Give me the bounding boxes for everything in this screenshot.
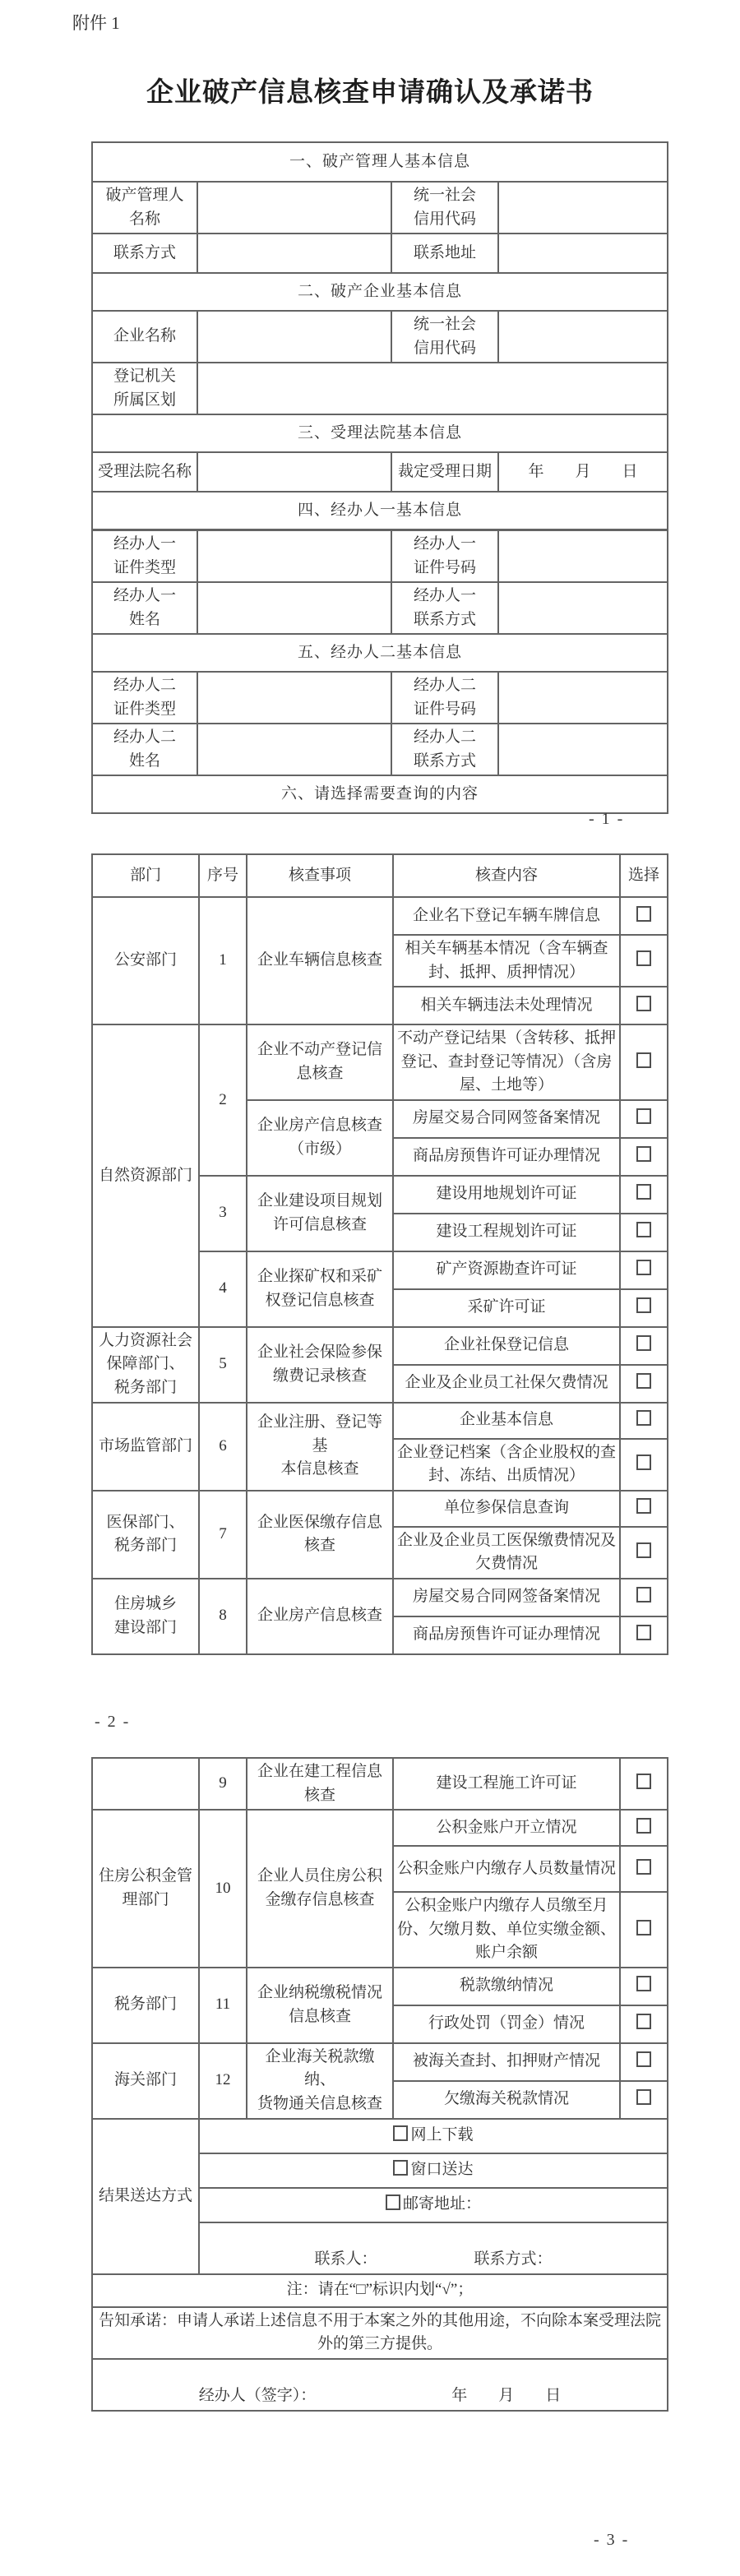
select-checkbox[interactable] (636, 1774, 651, 1789)
page-number-1: - 1 - (589, 810, 624, 829)
item-cell: 企业人员住房公积 金缴存信息核查 (247, 1810, 393, 1968)
select-cell (620, 1846, 668, 1892)
section-header-6: 六、请选择需要查询的内容 (92, 775, 668, 813)
seq-cell: 3 (199, 1176, 247, 1251)
select-checkbox[interactable] (636, 1373, 651, 1389)
field-label-op1-name: 经办人一 姓名 (92, 582, 197, 634)
dept-cell: 住房公积金管 理部门 (92, 1810, 199, 1968)
field-label-op1-cert-no: 经办人一 证件号码 (391, 530, 498, 582)
select-checkbox[interactable] (636, 1184, 651, 1200)
dept-cell: 住房城乡 建设部门 (92, 1579, 199, 1654)
seq-cell: 9 (199, 1758, 247, 1810)
signature-label[interactable]: 经办人（签字）： (199, 2387, 317, 2404)
attachment-label: 附件 1 (72, 10, 120, 35)
select-cell (620, 897, 668, 935)
check-table-page3: 9 企业在建工程信息 核查 建设工程施工许可证 住房公积金管 理部门 10 企业… (91, 1757, 668, 2412)
seq-cell: 5 (199, 1327, 247, 1403)
field-label-accept-date: 裁定受理日期 (391, 452, 498, 492)
delivery-option-mail: 邮寄地址： (199, 2188, 668, 2222)
select-cell (620, 1968, 668, 2005)
delivery-option-window: 窗口送达 (199, 2153, 668, 2188)
section-header-2: 二、破产企业基本信息 (92, 273, 668, 311)
content-cell: 企业登记档案（含企业股权的查封、冻结、出质情况） (393, 1439, 620, 1491)
field-label-ent-name: 企业名称 (92, 311, 197, 363)
select-checkbox[interactable] (636, 1410, 651, 1426)
dept-cell: 人力资源社会 保障部门、 税务部门 (92, 1327, 199, 1403)
op1-cert-no-value-cell[interactable] (498, 530, 668, 582)
select-checkbox[interactable] (636, 1260, 651, 1275)
seq-cell: 11 (199, 1968, 247, 2043)
signature-date[interactable]: 年 月 日 (451, 2387, 561, 2404)
content-cell: 房屋交易合同网签备案情况 (393, 1100, 620, 1138)
content-cell: 矿产资源勘查许可证 (393, 1251, 620, 1289)
content-cell: 税款缴纳情况 (393, 1968, 620, 2005)
seq-cell: 6 (199, 1403, 247, 1491)
select-cell (620, 1024, 668, 1100)
page-number-2: - 2 - (95, 1713, 130, 1732)
info-table: 一、破产管理人基本信息 破产管理人 名称 统一社会 信用代码 联系方式 联系地址… (91, 141, 668, 530)
field-label-ent-uscc: 统一社会 信用代码 (391, 311, 498, 363)
section-header-1: 一、破产管理人基本信息 (92, 142, 668, 182)
content-cell: 相关车辆违法未处理情况 (393, 987, 620, 1024)
select-checkbox[interactable] (636, 1542, 651, 1558)
content-cell: 欠缴海关税款情况 (393, 2081, 620, 2119)
select-checkbox[interactable] (636, 950, 651, 966)
select-checkbox[interactable] (636, 906, 651, 922)
select-cell (620, 987, 668, 1024)
seq-cell: 8 (199, 1579, 247, 1654)
note-row: 注：请在“□”标识内划“√”； (92, 2274, 668, 2307)
col-header-content: 核查内容 (393, 854, 620, 897)
select-checkbox[interactable] (636, 1498, 651, 1514)
content-cell: 采矿许可证 (393, 1289, 620, 1327)
delivery-contact-row: 联系人：联系方式： (199, 2222, 668, 2274)
contact-addr-value-cell[interactable] (498, 234, 668, 273)
item-cell: 企业社会保险参保 缴费记录核查 (247, 1327, 393, 1403)
content-cell: 企业及企业员工社保欠费情况 (393, 1365, 620, 1403)
col-header-item: 核查事项 (247, 854, 393, 897)
select-checkbox[interactable] (636, 1920, 651, 1935)
select-cell (620, 1365, 668, 1403)
seq-cell: 2 (199, 1024, 247, 1176)
content-cell: 单位参保信息查询 (393, 1491, 620, 1527)
field-label-manager-name: 破产管理人 名称 (92, 182, 197, 234)
delivery-checkbox[interactable] (393, 2125, 408, 2141)
item-cell: 企业房产信息核查 (247, 1579, 393, 1654)
content-cell: 公积金账户内缴存人员数量情况 (393, 1846, 620, 1892)
delivery-option-label: 网上下载 (410, 2126, 473, 2144)
content-cell: 建设用地规划许可证 (393, 1176, 620, 1214)
item-cell: 企业车辆信息核查 (247, 897, 393, 1024)
signature-row: 经办人（签字）：年 月 日 (92, 2359, 668, 2411)
op2-cert-no-value-cell[interactable] (498, 672, 668, 724)
select-cell (620, 1138, 668, 1176)
content-cell: 企业及企业员工医保缴费情况及欠费情况 (393, 1527, 620, 1579)
contact-way-label: 联系方式： (474, 2250, 553, 2268)
content-cell: 企业名下登记车辆车牌信息 (393, 897, 620, 935)
select-checkbox[interactable] (636, 2089, 651, 2105)
uscc-value-cell[interactable] (498, 182, 668, 234)
check-table-page2: 部门 序号 核查事项 核查内容 选择 公安部门 1 企业车辆信息核查 企业名下登… (91, 853, 668, 1655)
page-number-3: - 3 - (594, 2531, 629, 2550)
select-checkbox[interactable] (636, 1222, 651, 1237)
item-cell: 企业不动产登记信 息核查 (247, 1024, 393, 1100)
select-cell (620, 1616, 668, 1654)
select-checkbox[interactable] (636, 1146, 651, 1162)
select-checkbox[interactable] (636, 2014, 651, 2029)
court-name-value-cell[interactable] (197, 452, 391, 492)
content-cell: 商品房预售许可证办理情况 (393, 1616, 620, 1654)
seq-cell: 7 (199, 1491, 247, 1579)
field-label-op2-cert-type: 经办人二 证件类型 (92, 672, 197, 724)
contact-person-label: 联系人： (314, 2250, 377, 2268)
delivery-option-online: 网上下载 (199, 2119, 668, 2153)
field-label-court-name: 受理法院名称 (92, 452, 197, 492)
item-cell: 企业医保缴存信息 核查 (247, 1491, 393, 1579)
select-cell (620, 1758, 668, 1810)
op2-contact-value-cell[interactable] (498, 724, 668, 775)
dept-cell: 自然资源部门 (92, 1024, 199, 1327)
seq-cell: 10 (199, 1810, 247, 1968)
content-cell: 企业社保登记信息 (393, 1327, 620, 1365)
select-checkbox[interactable] (636, 2051, 651, 2067)
select-cell (620, 2081, 668, 2119)
delivery-checkbox[interactable] (393, 2160, 408, 2176)
content-cell: 被海关查封、扣押财产情况 (393, 2043, 620, 2081)
select-cell (620, 1214, 668, 1251)
field-label-contact: 联系方式 (92, 234, 197, 273)
select-cell (620, 1527, 668, 1579)
dept-cell: 医保部门、 税务部门 (92, 1491, 199, 1579)
seq-cell: 12 (199, 2043, 247, 2119)
select-checkbox[interactable] (636, 1297, 651, 1313)
document-page: 附件 1 企业破产信息核查申请确认及承诺书 一、破产管理人基本信息 破产管理人 … (0, 0, 740, 2576)
select-cell (620, 1491, 668, 1527)
delivery-checkbox[interactable] (386, 2194, 400, 2210)
content-cell: 不动产登记结果（含转移、抵押登记、查封登记等情况）（含房屋、土地等） (393, 1024, 620, 1100)
item-cell: 企业在建工程信息 核查 (247, 1758, 393, 1810)
select-checkbox[interactable] (636, 1108, 651, 1124)
accept-date-value-cell[interactable]: 年 月 日 (498, 452, 668, 492)
col-header-dept: 部门 (92, 854, 199, 897)
item-cell: 企业海关税款缴纳、 货物通关信息核查 (247, 2043, 393, 2119)
dept-cell: 海关部门 (92, 2043, 199, 2119)
content-cell: 房屋交易合同网签备案情况 (393, 1579, 620, 1616)
section-header-5: 五、经办人二基本信息 (92, 634, 668, 672)
dept-cell: 公安部门 (92, 897, 199, 1024)
dept-cell: 税务部门 (92, 1968, 199, 2043)
select-checkbox[interactable] (636, 1454, 651, 1470)
select-checkbox[interactable] (636, 1859, 651, 1875)
field-label-op2-name: 经办人二 姓名 (92, 724, 197, 775)
contact-value-cell[interactable] (197, 234, 391, 273)
info-table-operators: 经办人一 证件类型 经办人一 证件号码 经办人一 姓名 经办人一 联系方式 五、… (91, 530, 668, 814)
promise-row: 告知承诺：申请人承诺上述信息不用于本案之外的其他用途，不向除本案受理法院外的第三… (92, 2307, 668, 2359)
field-label-op2-cert-no: 经办人二 证件号码 (391, 672, 498, 724)
item-cell: 企业探矿权和采矿 权登记信息核查 (247, 1251, 393, 1327)
select-checkbox[interactable] (636, 1587, 651, 1602)
content-cell: 建设工程规划许可证 (393, 1214, 620, 1251)
item-cell: 企业房产信息核查 （市级） (247, 1100, 393, 1176)
field-label-uscc: 统一社会 信用代码 (391, 182, 498, 234)
select-checkbox[interactable] (636, 1335, 651, 1351)
content-cell: 商品房预售许可证办理情况 (393, 1138, 620, 1176)
op2-cert-type-value-cell[interactable] (197, 672, 391, 724)
select-cell (620, 1289, 668, 1327)
op2-name-value-cell[interactable] (197, 724, 391, 775)
select-cell (620, 2043, 668, 2081)
field-label-op2-contact: 经办人二 联系方式 (391, 724, 498, 775)
select-cell (620, 2005, 668, 2043)
field-label-reg-div: 登记机关 所属区划 (92, 363, 197, 414)
select-cell (620, 1403, 668, 1439)
content-cell: 公积金账户开立情况 (393, 1810, 620, 1846)
item-cell: 企业建设项目规划 许可信息核查 (247, 1176, 393, 1251)
select-cell (620, 1176, 668, 1214)
dept-cell-empty (92, 1758, 199, 1810)
col-header-no: 序号 (199, 854, 247, 897)
select-checkbox[interactable] (636, 1818, 651, 1834)
col-header-select: 选择 (620, 854, 668, 897)
delivery-option-label: 窗口送达 (410, 2161, 473, 2178)
delivery-option-label: 邮寄地址： (403, 2195, 481, 2213)
select-cell (620, 1327, 668, 1365)
select-checkbox[interactable] (636, 996, 651, 1011)
select-cell (620, 1439, 668, 1491)
op1-contact-value-cell[interactable] (498, 582, 668, 634)
ent-name-value-cell[interactable] (197, 311, 391, 363)
section-header-3: 三、受理法院基本信息 (92, 414, 668, 452)
content-cell: 企业基本信息 (393, 1403, 620, 1439)
field-label-contact-addr: 联系地址 (391, 234, 498, 273)
select-cell (620, 1579, 668, 1616)
select-cell (620, 1251, 668, 1289)
section-header-4: 四、经办人一基本信息 (92, 492, 668, 530)
content-cell: 建设工程施工许可证 (393, 1758, 620, 1810)
reg-div-value-cell[interactable] (197, 363, 668, 414)
select-checkbox[interactable] (636, 1625, 651, 1640)
select-checkbox[interactable] (636, 1052, 651, 1068)
select-cell (620, 935, 668, 987)
select-checkbox[interactable] (636, 1976, 651, 1991)
select-cell (620, 1100, 668, 1138)
field-label-op1-cert-type: 经办人一 证件类型 (92, 530, 197, 582)
seq-cell: 1 (199, 897, 247, 1024)
op1-cert-type-value-cell[interactable] (197, 530, 391, 582)
select-cell (620, 1892, 668, 1968)
item-cell: 企业注册、登记等基 本信息核查 (247, 1403, 393, 1491)
select-cell (620, 1810, 668, 1846)
seq-cell: 4 (199, 1251, 247, 1327)
ent-uscc-value-cell[interactable] (498, 311, 668, 363)
page-title: 企业破产信息核查申请确认及承诺书 (0, 71, 740, 109)
manager-name-value-cell[interactable] (197, 182, 391, 234)
delivery-label: 结果送达方式 (92, 2119, 199, 2274)
dept-cell: 市场监管部门 (92, 1403, 199, 1491)
op1-name-value-cell[interactable] (197, 582, 391, 634)
field-label-op1-contact: 经办人一 联系方式 (391, 582, 498, 634)
content-cell: 行政处罚（罚金）情况 (393, 2005, 620, 2043)
item-cell: 企业纳税缴税情况 信息核查 (247, 1968, 393, 2043)
content-cell: 相关车辆基本情况（含车辆查封、抵押、质押情况） (393, 935, 620, 987)
content-cell: 公积金账户内缴存人员缴至月份、欠缴月数、单位实缴金额、账户余额 (393, 1892, 620, 1968)
